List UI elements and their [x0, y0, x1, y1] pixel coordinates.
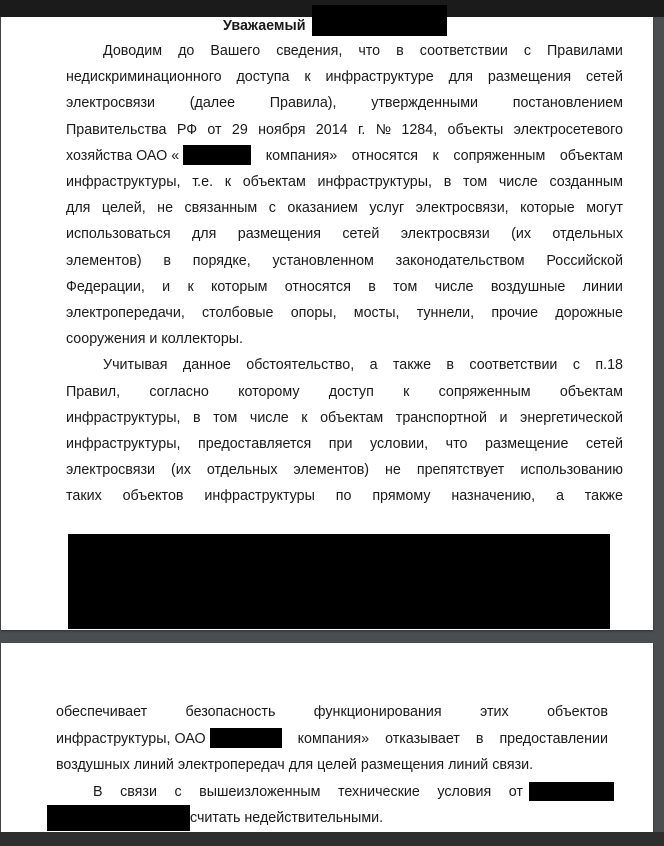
word: объектам — [560, 147, 623, 165]
word: с — [174, 783, 181, 801]
word: к — [187, 278, 193, 296]
word: созданным — [549, 173, 623, 191]
word: с — [573, 356, 580, 374]
word: которым — [211, 278, 267, 296]
word: до — [178, 42, 194, 60]
word: столбовые — [202, 304, 273, 322]
word: отдельных — [552, 225, 623, 243]
word: инфраструктуры, — [66, 409, 181, 427]
word: препятствует — [417, 461, 505, 479]
redaction-block — [68, 534, 610, 629]
word: размещения — [238, 225, 321, 243]
text-line: инфраструктуры,т.е.кобъектаминфраструкту… — [66, 173, 623, 191]
word: В — [93, 783, 103, 801]
word: транспортной — [396, 409, 487, 427]
word: для — [66, 199, 90, 217]
word: таких — [66, 487, 102, 505]
word: для — [449, 68, 473, 86]
text-line: такихобъектовинфраструктурыпопрямомуназн… — [66, 487, 623, 505]
word: в — [163, 252, 171, 270]
word: дорожные — [555, 304, 623, 322]
text-fragment: инфраструктуры, ОАО — [56, 730, 206, 748]
word: Вашего — [210, 42, 260, 60]
word: п.18 — [595, 356, 623, 374]
word: том — [463, 173, 487, 191]
viewer-bottom-bar — [0, 832, 664, 846]
text-line: элементов)впорядке,установленномзаконода… — [66, 252, 623, 270]
word: числе — [499, 173, 538, 191]
word: электросвязи — [66, 461, 155, 479]
word: относятся — [352, 147, 418, 165]
word: в — [476, 730, 484, 748]
redaction-company-name — [183, 145, 251, 165]
word: электросвязи — [66, 94, 155, 112]
word: 29 — [232, 121, 248, 139]
text-line: недискриминационногодоступакинфраструкту… — [66, 68, 623, 86]
document-page-1: Уважаемый ДоводимдоВашегосведения,чтовсо… — [1, 17, 653, 630]
text-line: инфраструктуры,втомчислекобъектамтранспо… — [66, 409, 623, 427]
word: соответствии — [420, 42, 508, 60]
text-line: электросвязи(далееПравила),утвержденными… — [66, 94, 623, 112]
word: что — [358, 42, 380, 60]
word: сетей — [586, 435, 623, 453]
text-line: обеспечиваетбезопасностьфункционирования… — [56, 703, 608, 721]
word: вышеизложенным — [199, 783, 320, 801]
word: и — [162, 278, 170, 296]
word: в — [444, 173, 452, 191]
word: РФ — [177, 121, 197, 139]
text-line: Федерации,иккоторымотносятсявтомчислевоз… — [66, 278, 623, 296]
word: соответствии — [469, 356, 557, 374]
word: сопряженным — [439, 383, 531, 401]
text-line: сооружения и коллекторы. — [66, 330, 243, 348]
text-line: ПравительстваРФот29ноября2014г.№1284,объ… — [66, 121, 623, 139]
greeting: Уважаемый — [223, 17, 306, 35]
word: использоваться — [66, 225, 171, 243]
word: к — [433, 147, 439, 165]
word: электропередачи, — [66, 304, 185, 322]
text-line: инфраструктуры,предоставляетсяприусловии… — [66, 435, 623, 453]
word: доступа — [236, 68, 289, 86]
word: (их — [171, 461, 191, 479]
word: использованию — [520, 461, 623, 479]
word: г. — [358, 121, 365, 139]
word: числе — [250, 409, 289, 427]
text-line: считать недействительными. — [190, 809, 383, 827]
word: Федерации, — [66, 278, 145, 296]
word: Доводим — [103, 42, 162, 60]
word: связи — [120, 783, 157, 801]
word: этих — [480, 703, 509, 721]
word: для — [192, 225, 216, 243]
word: сетей — [342, 225, 379, 243]
word: т.е. — [192, 173, 213, 191]
word: объектам — [320, 409, 383, 427]
document-page-2: обеспечиваетбезопасностьфункционирования… — [1, 643, 653, 832]
word: (их — [511, 225, 531, 243]
word: услуг — [369, 199, 404, 217]
text-line: хозяйства ОАО «компания»относятсяксопряж… — [66, 147, 623, 165]
word: Правила), — [270, 94, 337, 112]
word: 2014 — [316, 121, 348, 139]
redaction-company-name — [210, 728, 282, 748]
word: объекты — [448, 121, 504, 139]
word: к — [403, 383, 409, 401]
word: условии, — [370, 435, 428, 453]
word: 1284, — [401, 121, 437, 139]
text-line: дляцелей,несвязаннымсоказаниемуслугэлект… — [66, 199, 623, 217]
text-line: использоватьсядляразмещениясетейэлектрос… — [66, 225, 623, 243]
word: объектов — [123, 487, 184, 505]
word: а — [370, 356, 378, 374]
word: опоры, — [291, 304, 337, 322]
word: что — [446, 435, 468, 453]
word: оказанием — [287, 199, 357, 217]
text-line: электропередачи,столбовыеопоры,мосты,тун… — [66, 304, 623, 322]
word: от — [509, 783, 523, 801]
text-fragment: хозяйства ОАО « — [66, 147, 179, 165]
word: и — [500, 409, 508, 427]
redaction-date — [529, 782, 614, 801]
word: а — [556, 487, 564, 505]
word: от — [207, 121, 221, 139]
word: с — [524, 42, 531, 60]
redaction-recipient-name — [312, 5, 447, 36]
word: могут — [586, 199, 623, 217]
word: объектам — [560, 383, 623, 401]
word: размещение — [485, 435, 568, 453]
word: Правилами — [547, 42, 623, 60]
word: мосты, — [354, 304, 400, 322]
word: законодательством — [396, 252, 525, 270]
word: установленном — [272, 252, 373, 270]
word: связанным — [185, 199, 258, 217]
word: инфраструктуры, — [66, 435, 181, 453]
word: которые — [520, 199, 575, 217]
word: целей, — [102, 199, 146, 217]
text-line: Учитываяданноеобстоятельство,атакжевсоот… — [103, 356, 623, 374]
word: в — [396, 42, 404, 60]
word: инфраструктуры, — [318, 173, 433, 191]
word: прямому — [372, 487, 430, 505]
word: к — [304, 68, 310, 86]
word: условия — [437, 783, 491, 801]
word: также — [393, 356, 431, 374]
word: в — [368, 278, 376, 296]
word: туннели, — [417, 304, 474, 322]
word: не — [385, 461, 401, 479]
word: данное — [183, 356, 231, 374]
word: компания» — [298, 730, 369, 748]
word: электросвязи, — [416, 199, 509, 217]
word: инфраструктуры — [204, 487, 315, 505]
word: с — [269, 199, 276, 217]
word: безопасность — [186, 703, 276, 721]
word: к — [225, 173, 231, 191]
word: недискриминационного — [66, 68, 222, 86]
word: Правительства — [66, 121, 167, 139]
word: Учитывая — [103, 356, 167, 374]
word: к — [301, 409, 307, 427]
word: также — [585, 487, 623, 505]
word: сетей — [586, 68, 623, 86]
word: том — [213, 409, 237, 427]
word: относятся — [285, 278, 351, 296]
redaction-issuer — [47, 805, 190, 831]
word: утвержденными — [371, 94, 478, 112]
word: № — [376, 121, 391, 139]
word: Правил, — [66, 383, 120, 401]
word: технические — [338, 783, 420, 801]
text-line: воздушных линий электропередач для целей… — [56, 756, 533, 774]
word: прочие — [491, 304, 538, 322]
text-line: инфраструктуры, ОАОкомпания»отказываетвп… — [56, 730, 608, 748]
word: числе — [435, 278, 474, 296]
word: отдельных — [207, 461, 278, 479]
text-line: электросвязи(ихотдельныхэлементов)непреп… — [66, 461, 623, 479]
word: Российской — [546, 252, 623, 270]
word: сведения, — [276, 42, 342, 60]
word: (далее — [190, 94, 235, 112]
word: воздушные — [491, 278, 566, 296]
text-line: Всвязисвышеизложеннымтехническиеусловияо… — [93, 783, 523, 801]
word: отказывает — [385, 730, 460, 748]
word: предоставляется — [198, 435, 311, 453]
word: электросетевого — [514, 121, 623, 139]
word: обстоятельство, — [246, 356, 354, 374]
word: линии — [583, 278, 623, 296]
text-line: Правил,согласнокоторомудоступксопряженны… — [66, 383, 623, 401]
word: в — [446, 356, 454, 374]
word: ноября — [258, 121, 305, 139]
word: предоставлении — [499, 730, 608, 748]
word: в — [193, 409, 201, 427]
word: объектам — [243, 173, 306, 191]
word: по — [336, 487, 352, 505]
word: не — [157, 199, 173, 217]
word: инфраструктуре — [325, 68, 433, 86]
word: доступ — [329, 383, 374, 401]
word: электросвязи — [401, 225, 490, 243]
word: согласно — [149, 383, 208, 401]
word: элементов) — [293, 461, 369, 479]
word: инфраструктуры, — [66, 173, 181, 191]
word: объектов — [547, 703, 608, 721]
word: размещения — [488, 68, 571, 86]
word: порядке, — [193, 252, 251, 270]
word: которому — [238, 383, 299, 401]
word: при — [329, 435, 353, 453]
word: энергетической — [520, 409, 623, 427]
word: назначению, — [451, 487, 535, 505]
word: функционирования — [314, 703, 442, 721]
word: том — [393, 278, 417, 296]
word: элементов) — [66, 252, 142, 270]
word: обеспечивает — [56, 703, 147, 721]
word: сопряженным — [453, 147, 545, 165]
word: компания» — [266, 147, 337, 165]
word: постановлением — [513, 94, 623, 112]
text-line: ДоводимдоВашегосведения,чтовсоответствии… — [103, 42, 623, 60]
